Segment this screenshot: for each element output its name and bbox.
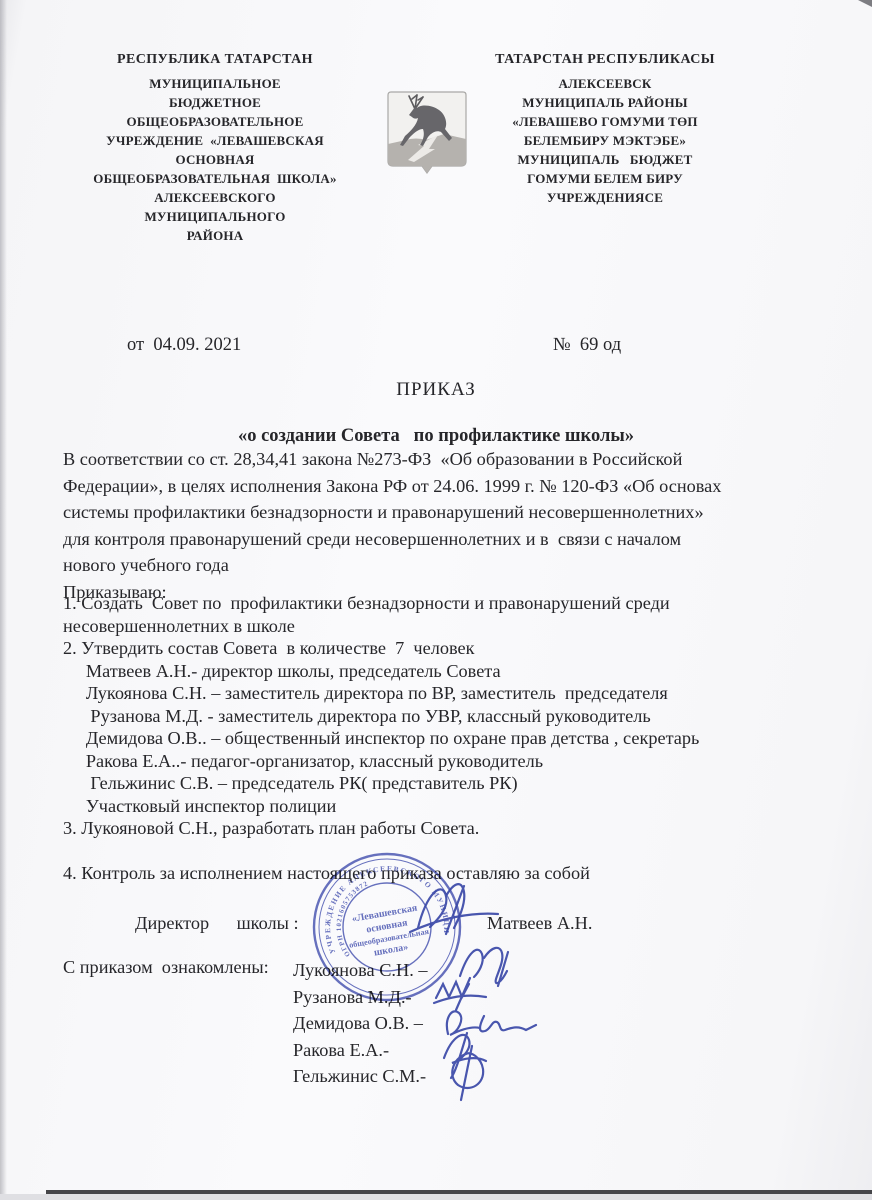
org-name-line-tatar: МУНИЦИПАЛЬ БЮДЖЕТ (455, 150, 755, 169)
org-name-line: ОБЩЕОБРАЗОВАТЕЛЬНОЕ (78, 112, 352, 131)
org-name-line-tatar: БЕЛЕМБИРУ МЭКТЭБЕ» (455, 131, 755, 150)
preamble-line: нового учебного года (63, 552, 853, 579)
council-member-line: Ракова Е.А..- педагог-организатор, класс… (63, 750, 853, 773)
council-member-line: Демидова О.В.. – общественный инспектор … (63, 727, 853, 750)
org-name-line-tatar: АЛЕКСЕЕВСК (455, 74, 755, 93)
org-name-line-tatar: МУНИЦИПАЛЬ РАЙОНЫ (455, 93, 755, 112)
org-name-line: ОБЩЕОБРАЗОВАТЕЛЬНАЯ ШКОЛА» (78, 169, 352, 188)
org-name-line-tatar: ГОМУМИ БЕЛЕМ БИРУ (455, 169, 755, 188)
signatures-svg (400, 860, 610, 1115)
order-number: № 69 од (553, 335, 621, 356)
scan-corner-artifact (858, 0, 872, 7)
order-item-line: 3. Лукояновой С.Н., разработать план раб… (63, 817, 853, 840)
letterhead-right-column: ТАТАРСТАН РЕСПУБЛИКАСЫ АЛЕКСЕЕВСК МУНИЦИ… (455, 52, 755, 207)
org-name-line: БЮДЖЕТНОЕ (78, 93, 352, 112)
order-item-line: 2. Утвердить состав Совета в количестве … (63, 637, 853, 660)
council-member-line: Гельжинис С.В. – председатель РК( предст… (63, 772, 853, 795)
scan-bottom-strip (0, 1194, 872, 1200)
org-name-line: МУНИЦИПАЛЬНОЕ (78, 74, 352, 93)
preamble-line: В соответствии со ст. 28,34,41 закона №2… (63, 446, 853, 473)
preamble-line: Федерации», в целях исполнения Закона РФ… (63, 473, 853, 500)
scan-left-edge-shadow (0, 0, 7, 1200)
council-member-line: Матвеев А.Н.- директор школы, председате… (63, 660, 853, 683)
org-name-line: ОСНОВНАЯ (78, 150, 352, 169)
org-name-line-tatar: «ЛЕВАШЕВО ГОМУМИ ТӨП (455, 112, 755, 131)
letterhead-right-republic: ТАТАРСТАН РЕСПУБЛИКАСЫ (455, 52, 755, 68)
director-label: Директор школы : (135, 913, 299, 934)
scanned-document-page: РЕСПУБЛИКА ТАТАРСТАН МУНИЦИПАЛЬНОЕ БЮДЖЕ… (0, 0, 872, 1200)
order-preamble: В соответствии со ст. 28,34,41 закона №2… (63, 446, 853, 605)
signature-ruzanova (434, 978, 486, 1010)
order-item-line: 1. Создать Совет по профилактики безнадз… (63, 592, 853, 615)
council-member-line: Участковый инспектор полиции (63, 795, 853, 818)
council-member-line: Лукоянова С.Н. – заместитель директора п… (63, 682, 853, 705)
letterhead-left-republic: РЕСПУБЛИКА ТАТАРСТАН (60, 52, 370, 68)
signature-lukoyanova (460, 948, 508, 986)
org-name-line: АЛЕКСЕЕВСКОГО (78, 188, 352, 207)
org-name-line: РАЙОНА (78, 226, 352, 245)
org-name-line: МУНИЦИПАЛЬНОГО (78, 207, 352, 226)
preamble-line: системы профилактики безнадзорности и пр… (63, 499, 853, 526)
preamble-line: для контроля правонарушений среди несове… (63, 526, 853, 553)
signature-director (410, 884, 498, 934)
letterhead-left-column: РЕСПУБЛИКА ТАТАРСТАН МУНИЦИПАЛЬНОЕ БЮДЖЕ… (60, 52, 370, 245)
coat-of-arms-deer-icon (384, 88, 470, 184)
coat-of-arms-svg (384, 88, 470, 184)
order-items: 1. Создать Совет по профилактики безнадз… (63, 592, 853, 840)
org-name-line-tatar: УЧРЕЖДЕНИЯСЕ (455, 188, 755, 207)
document-subject: «о создании Совета по профилактике школы… (0, 426, 872, 447)
signature-demidova (447, 1011, 536, 1035)
council-member-line: Рузанова М.Д. - заместитель директора по… (63, 705, 853, 728)
org-name-line: УЧРЕЖДЕНИЕ «ЛЕВАШЕВСКАЯ (78, 131, 352, 150)
handwritten-signatures (400, 860, 610, 1115)
order-date: от 04.09. 2021 (127, 335, 241, 356)
document-title: ПРИКАЗ (0, 379, 872, 401)
signature-gelzhinis (452, 1046, 483, 1100)
acknowledgement-label: С приказом ознакомлены: (63, 957, 269, 978)
order-item-line: несовершеннолетних в школе (63, 615, 853, 638)
